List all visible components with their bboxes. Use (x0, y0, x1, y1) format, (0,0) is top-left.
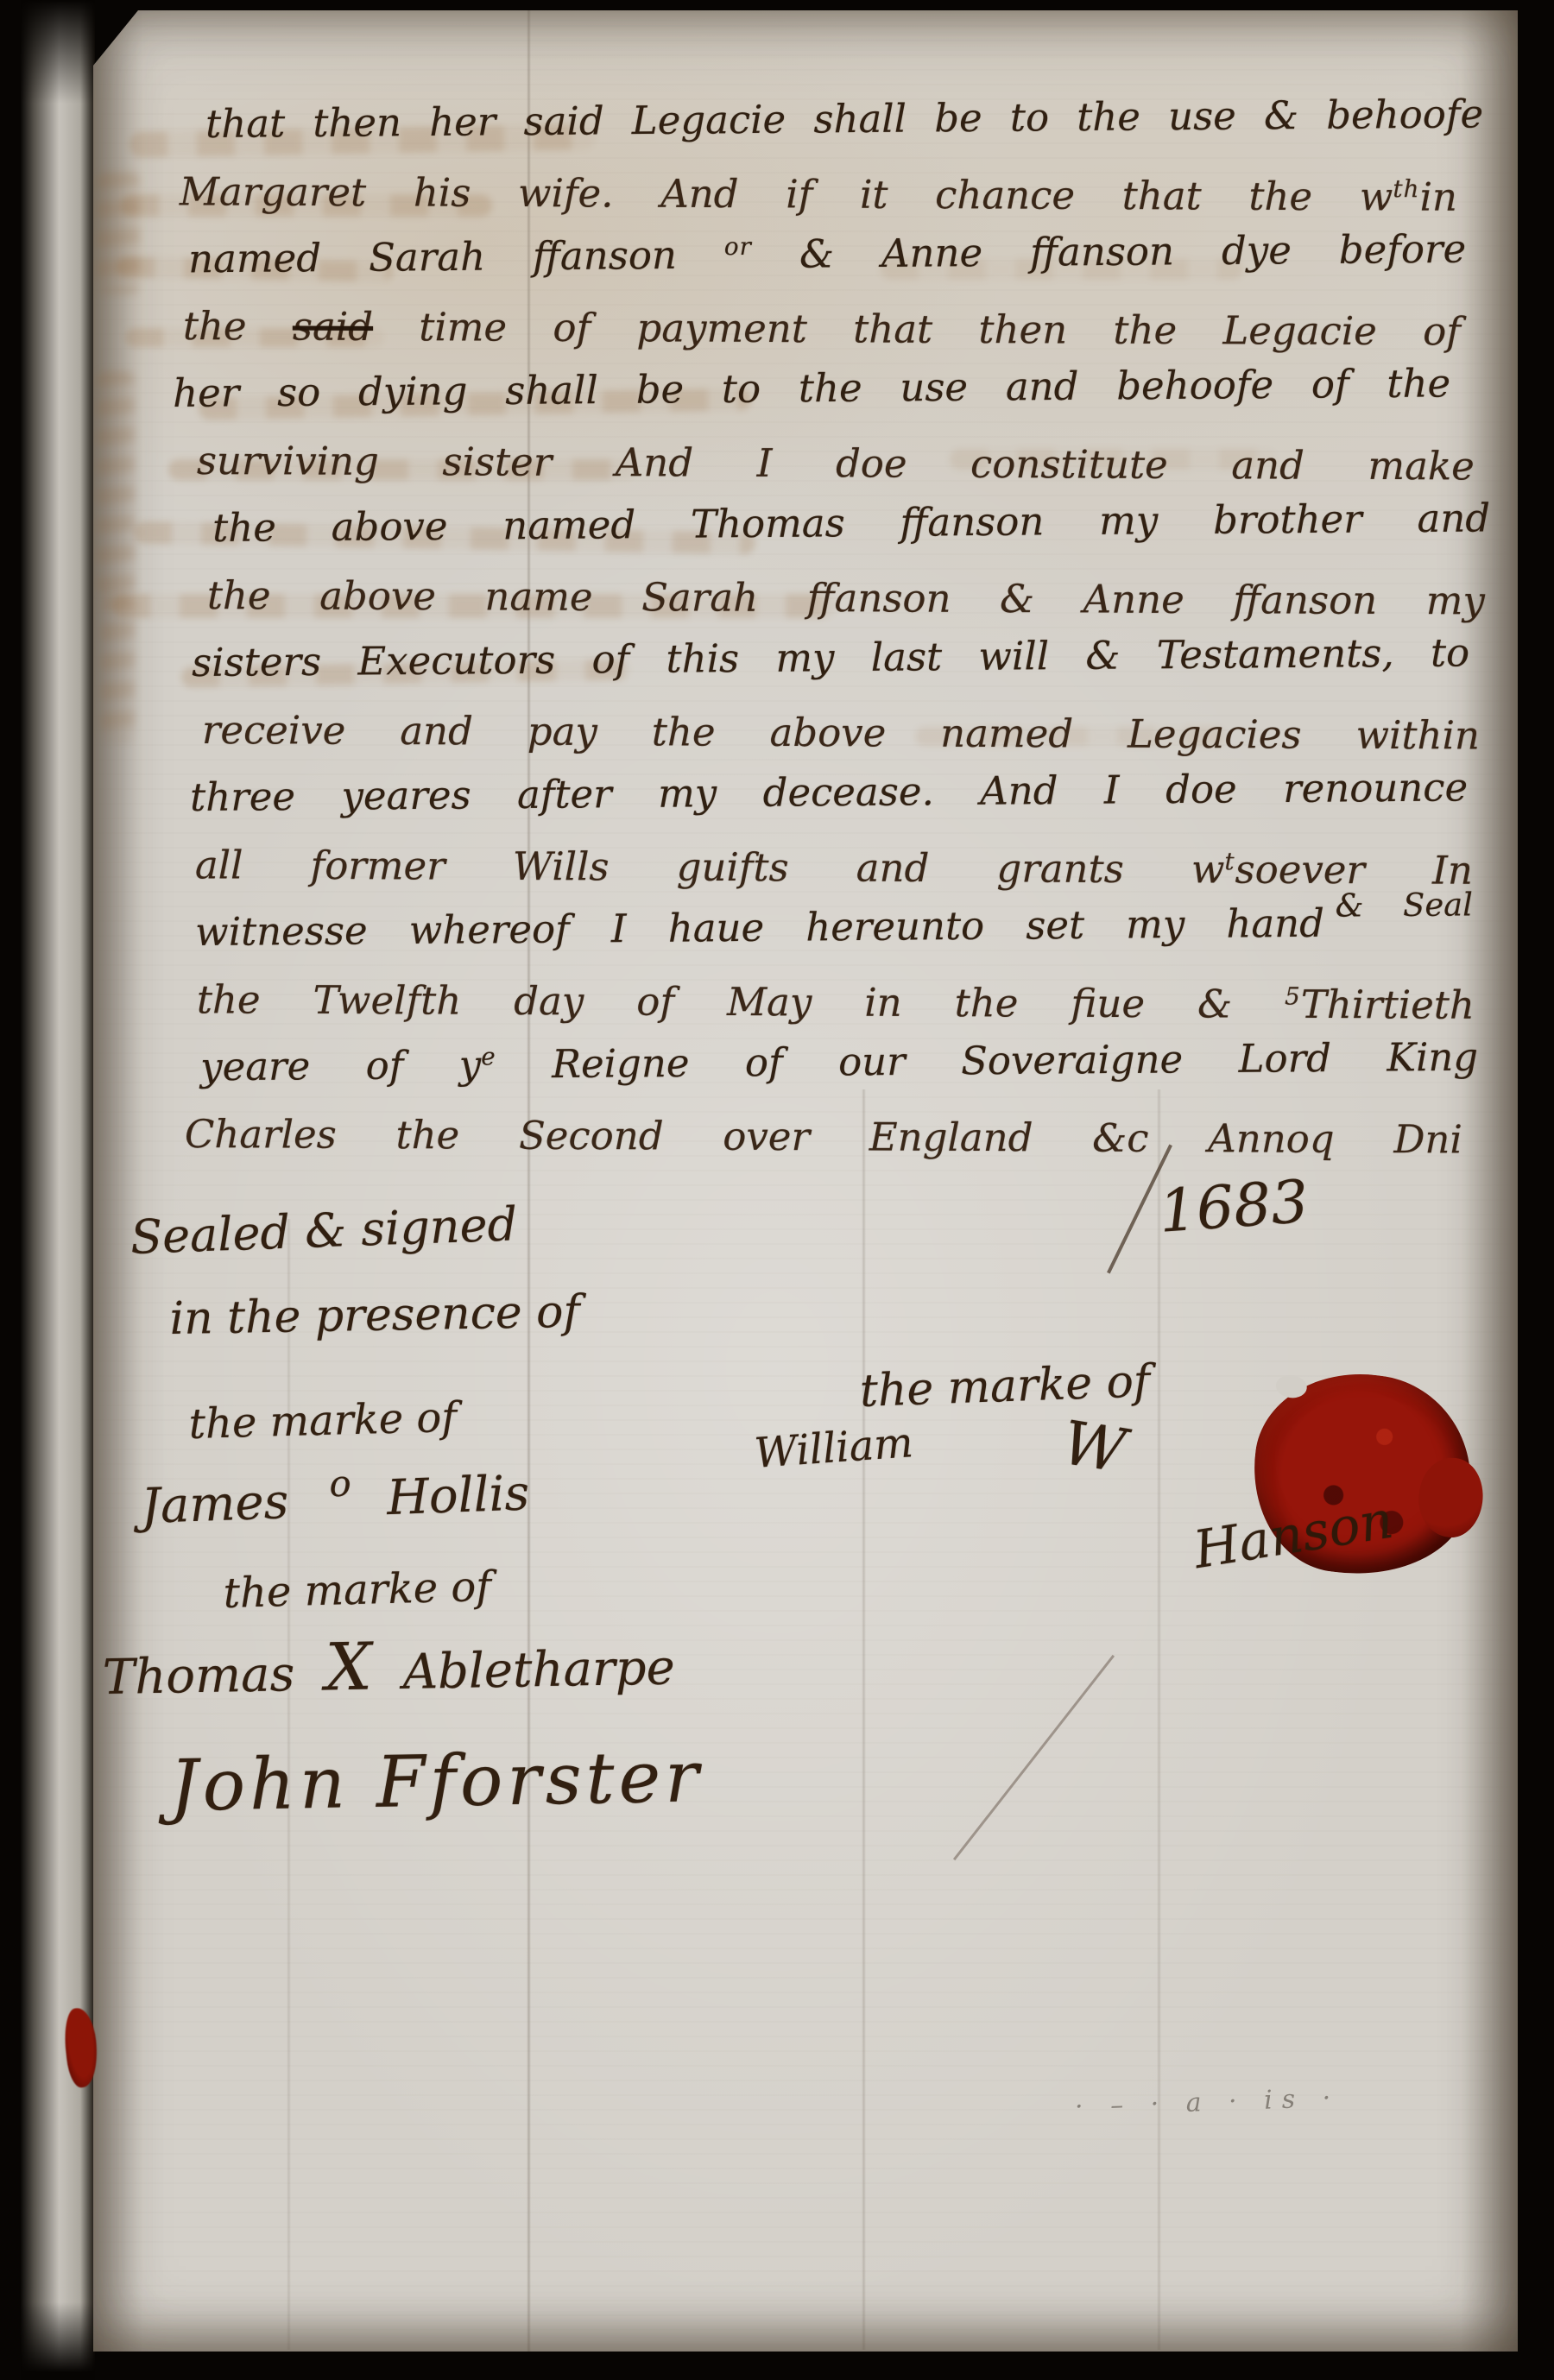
will-line-text: receive and pay the above named Legacies… (202, 707, 1480, 758)
will-line: named Sarah ffanson or & Anne ffanson dy… (188, 229, 1466, 278)
witness-last-name: Hollis (386, 1465, 530, 1526)
witness-mark-thomas: X (325, 1629, 372, 1706)
will-line-text: Charles the Second over England &c Annoq… (185, 1111, 1462, 1162)
will-line: witnesse whereof I haue hereunto set my … (195, 902, 1473, 951)
will-line-text: the above name Sarah ffanson & Anne ffan… (207, 572, 1485, 623)
will-line-text: time of payment that then the Legacie of (373, 304, 1461, 354)
will-line-text: the Twelfth day of May in the fiue & (197, 976, 1285, 1026)
will-line-text: the (183, 303, 293, 350)
witness-signature-james: James o Hollis (140, 1455, 530, 1535)
will-line-text: all former Wills guifts and grants w (195, 842, 1225, 892)
will-line-text: in (1419, 174, 1457, 220)
page-crease (1157, 1089, 1161, 2350)
presence-line: in the presence of (169, 1286, 580, 1345)
raised-seal-note: & Seal (1336, 887, 1474, 925)
will-line-text: & Anne ffanson dye before (752, 226, 1467, 277)
witness-first-name: James (140, 1474, 289, 1535)
will-line: the Twelfth day of May in the fiue & 5Th… (197, 980, 1475, 1025)
marke-of-label: the marke of (188, 1393, 458, 1449)
struck-word: said (293, 304, 373, 350)
will-line-text: Thirtieth (1301, 982, 1475, 1028)
testator-mark: W (1058, 1407, 1130, 1487)
witness-mark-james: o (329, 1461, 353, 1505)
superscript-insertion: or (724, 232, 752, 261)
will-line-text: Reigne of our Soveraigne Lord King (496, 1034, 1479, 1088)
margin-smudge (100, 596, 135, 742)
margin-smudge (97, 173, 140, 294)
page-crease (862, 1089, 866, 2350)
will-line-text: named Sarah ffanson (188, 231, 724, 281)
will-line: the above name Sarah ffanson & Anne ffan… (207, 576, 1485, 620)
witness-last-name: Abletharpe (402, 1639, 675, 1700)
will-line-text: Margaret his wife. And if it chance that… (180, 168, 1393, 219)
will-line: the above named Thomas ffanson my brothe… (212, 498, 1490, 547)
manuscript-scan: that then her said Legacie shall be to t… (0, 0, 1554, 2380)
will-line: sisters Executors of this my last will &… (192, 633, 1469, 682)
witness-signature-thomas: Thomas X Abletharpe (102, 1623, 675, 1709)
superscript-insertion: 5 (1285, 982, 1301, 1010)
superscript-insertion: e (481, 1042, 496, 1070)
superscript-insertion: th (1393, 174, 1419, 203)
witness-first-name: Thomas (102, 1646, 294, 1706)
will-line: Charles the Second over England &c Annoq… (185, 1114, 1462, 1158)
witness-signature-john: John Fforster (169, 1736, 704, 1828)
marke-of-label: the marke of (223, 1562, 492, 1618)
will-line: that then her said Legacie shall be to t… (205, 94, 1483, 143)
margin-smudge (97, 371, 135, 596)
superscript-insertion: t (1224, 847, 1235, 875)
will-line: three yeares after my decease. And I doe… (190, 767, 1468, 817)
year-figure: 1683 (1157, 1168, 1311, 1247)
will-line: yeare of ye Reigne of our Soveraigne Lor… (200, 1037, 1478, 1086)
will-line: Margaret his wife. And if it chance that… (180, 172, 1457, 217)
page-crease (527, 10, 531, 2352)
will-line-text: witnesse whereof I haue hereunto set my … (195, 900, 1324, 955)
marke-of-label-right: the marke of (859, 1355, 1151, 1417)
will-line-text: yeare of y (200, 1042, 481, 1090)
will-line-text: surviving sister And I doe constitute an… (197, 438, 1475, 489)
will-line: receive and pay the above named Legacies… (202, 710, 1480, 754)
will-line: all former Wills guifts and grants wtsoe… (195, 845, 1473, 890)
will-line: her so dying shall be to the use and beh… (173, 363, 1450, 413)
will-line: the said time of payment that then the L… (183, 306, 1461, 350)
will-line: surviving sister And I doe constitute an… (197, 441, 1475, 485)
